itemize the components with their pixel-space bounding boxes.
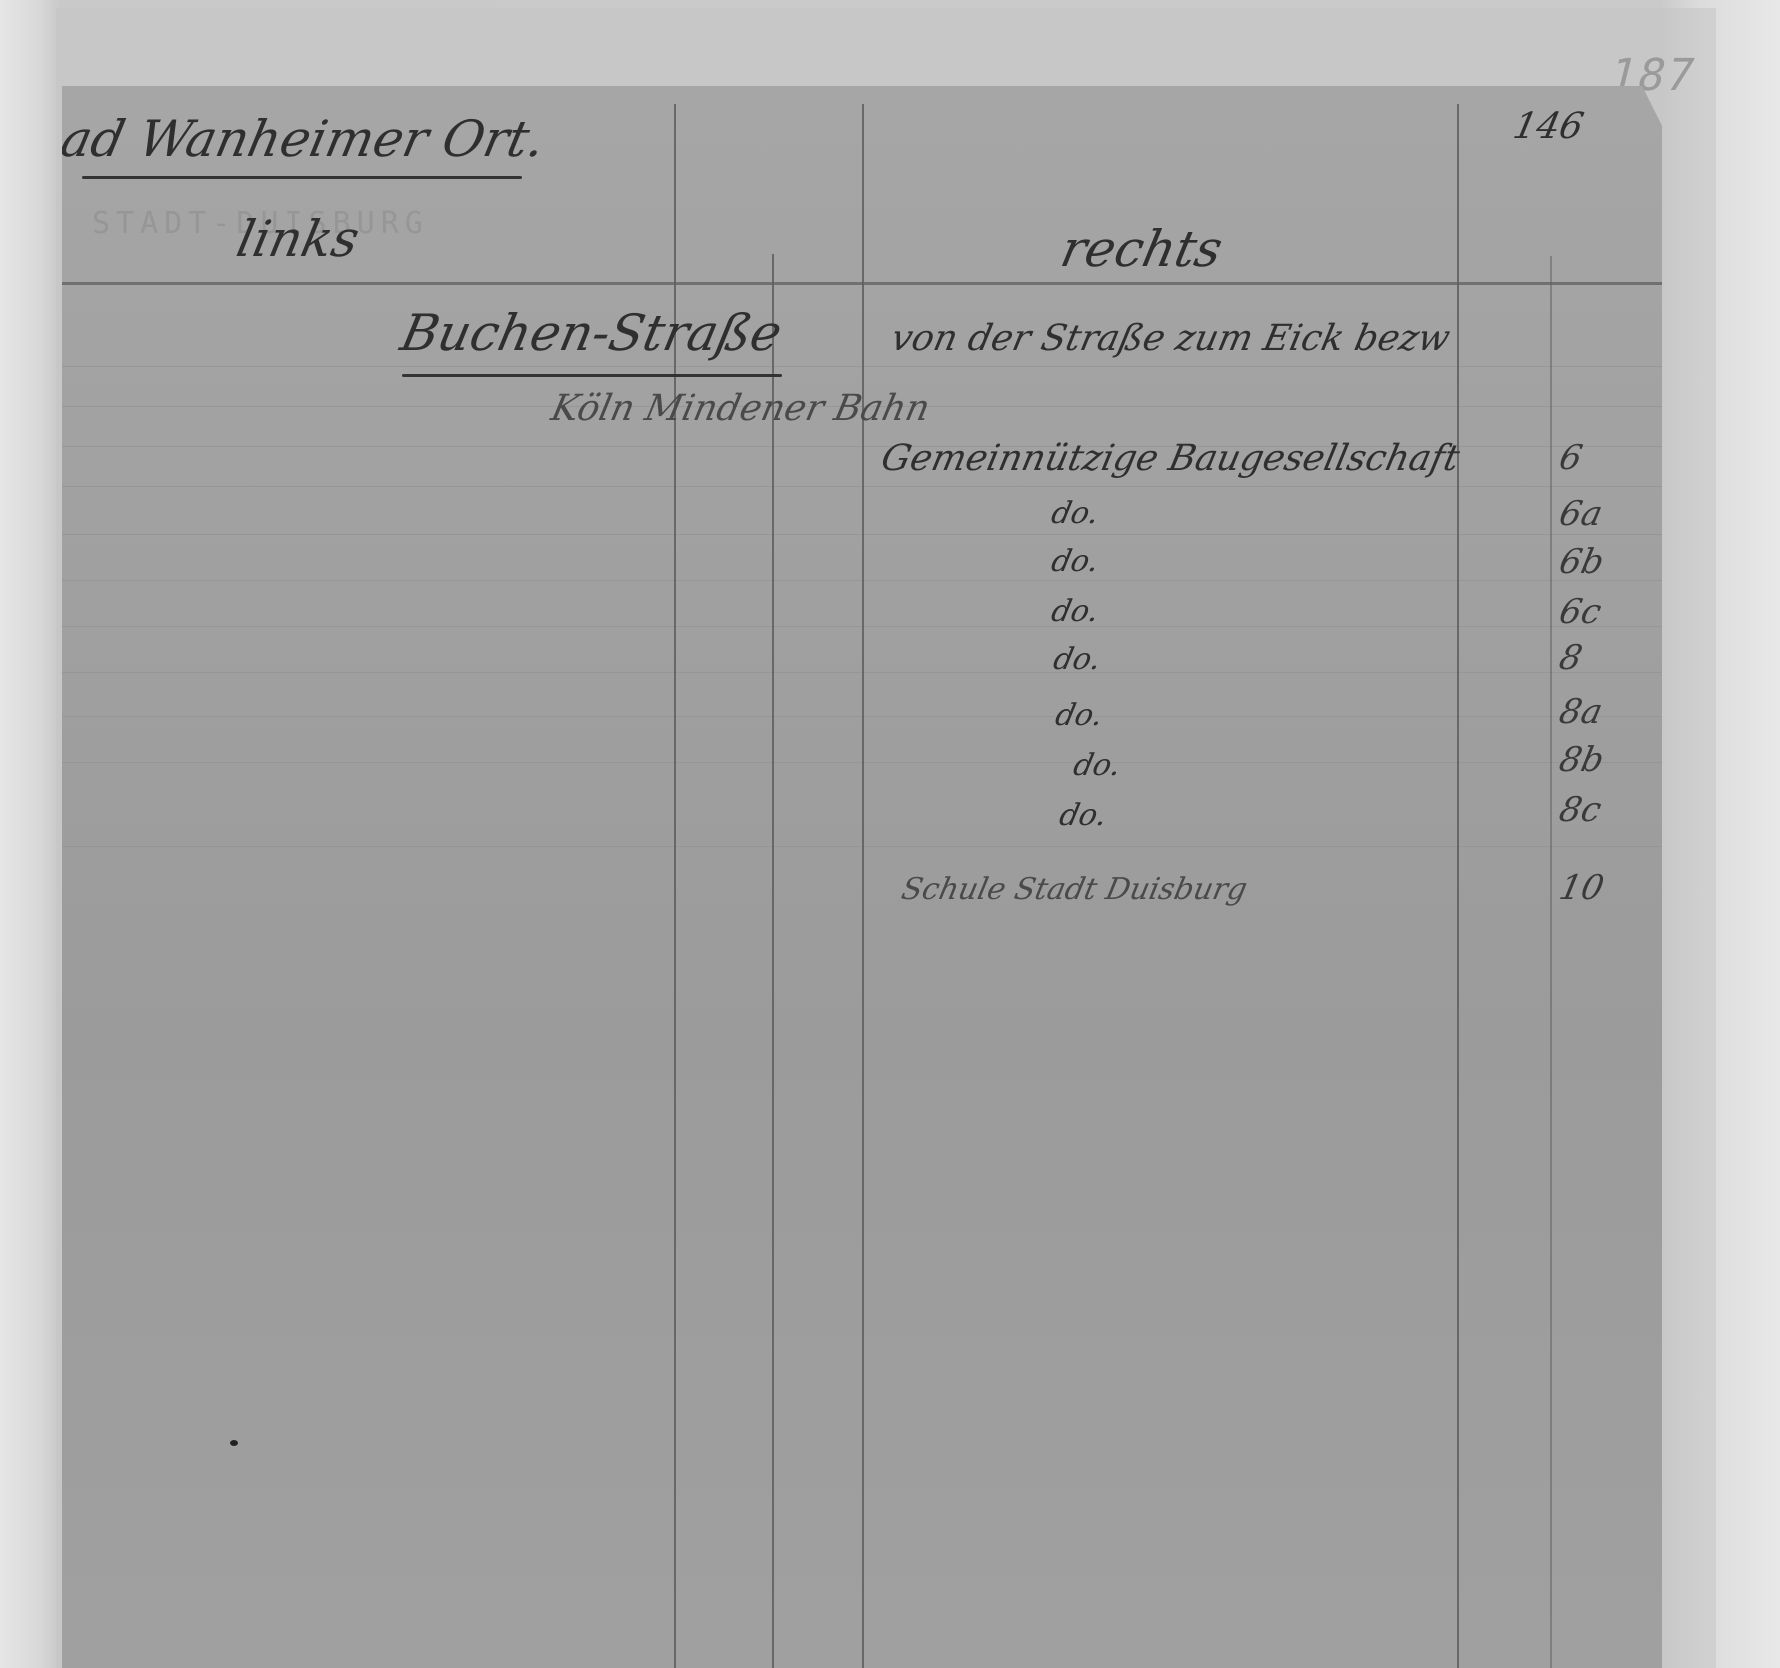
entry-owner: do.	[1048, 544, 1102, 579]
entry-house-number: 8a	[1556, 692, 1606, 732]
column-rule-3	[862, 104, 864, 1668]
column-rule-2	[772, 254, 774, 1668]
entry-owner: do.	[1070, 748, 1124, 783]
entry-owner: do.	[1052, 698, 1106, 733]
street-underline	[402, 374, 782, 377]
street-description-line1: von der Straße zum Eick bezw	[888, 318, 1454, 359]
page-title: ad Wanheimer Ort.	[56, 110, 551, 168]
column-rule-5	[1550, 256, 1552, 1668]
entry-owner: do.	[1056, 798, 1110, 833]
street-name: Buchen-Straße	[396, 304, 787, 362]
entry-house-number: 8c	[1556, 790, 1605, 830]
entry-owner: do.	[1048, 594, 1102, 629]
entry-house-number: 6c	[1556, 592, 1605, 632]
left-column-heading: links	[232, 210, 364, 268]
entry-house-number: 6b	[1556, 542, 1608, 582]
entry-owner: do.	[1048, 496, 1102, 531]
entry-house-number: 6	[1556, 438, 1586, 478]
entry-house-number: 6a	[1556, 494, 1606, 534]
page-number: 146	[1510, 106, 1587, 147]
street-description-line2: Köln Mindener Bahn	[548, 388, 934, 429]
title-underline	[82, 176, 522, 179]
entry-house-number: 10	[1556, 868, 1608, 908]
entry-owner: do.	[1050, 642, 1104, 677]
right-column-heading: rechts	[1056, 220, 1228, 278]
entry-house-number: 8b	[1556, 740, 1608, 780]
ink-spot	[230, 1440, 238, 1446]
column-rule-4	[1457, 104, 1459, 1668]
register-page: STADT-DUISBURG ad Wanheimer Ort. links r…	[62, 86, 1662, 1668]
entry-owner: Schule Stadt Duisburg	[898, 872, 1250, 907]
entry-owner: Gemeinnützige Baugesellschaft	[878, 438, 1463, 479]
